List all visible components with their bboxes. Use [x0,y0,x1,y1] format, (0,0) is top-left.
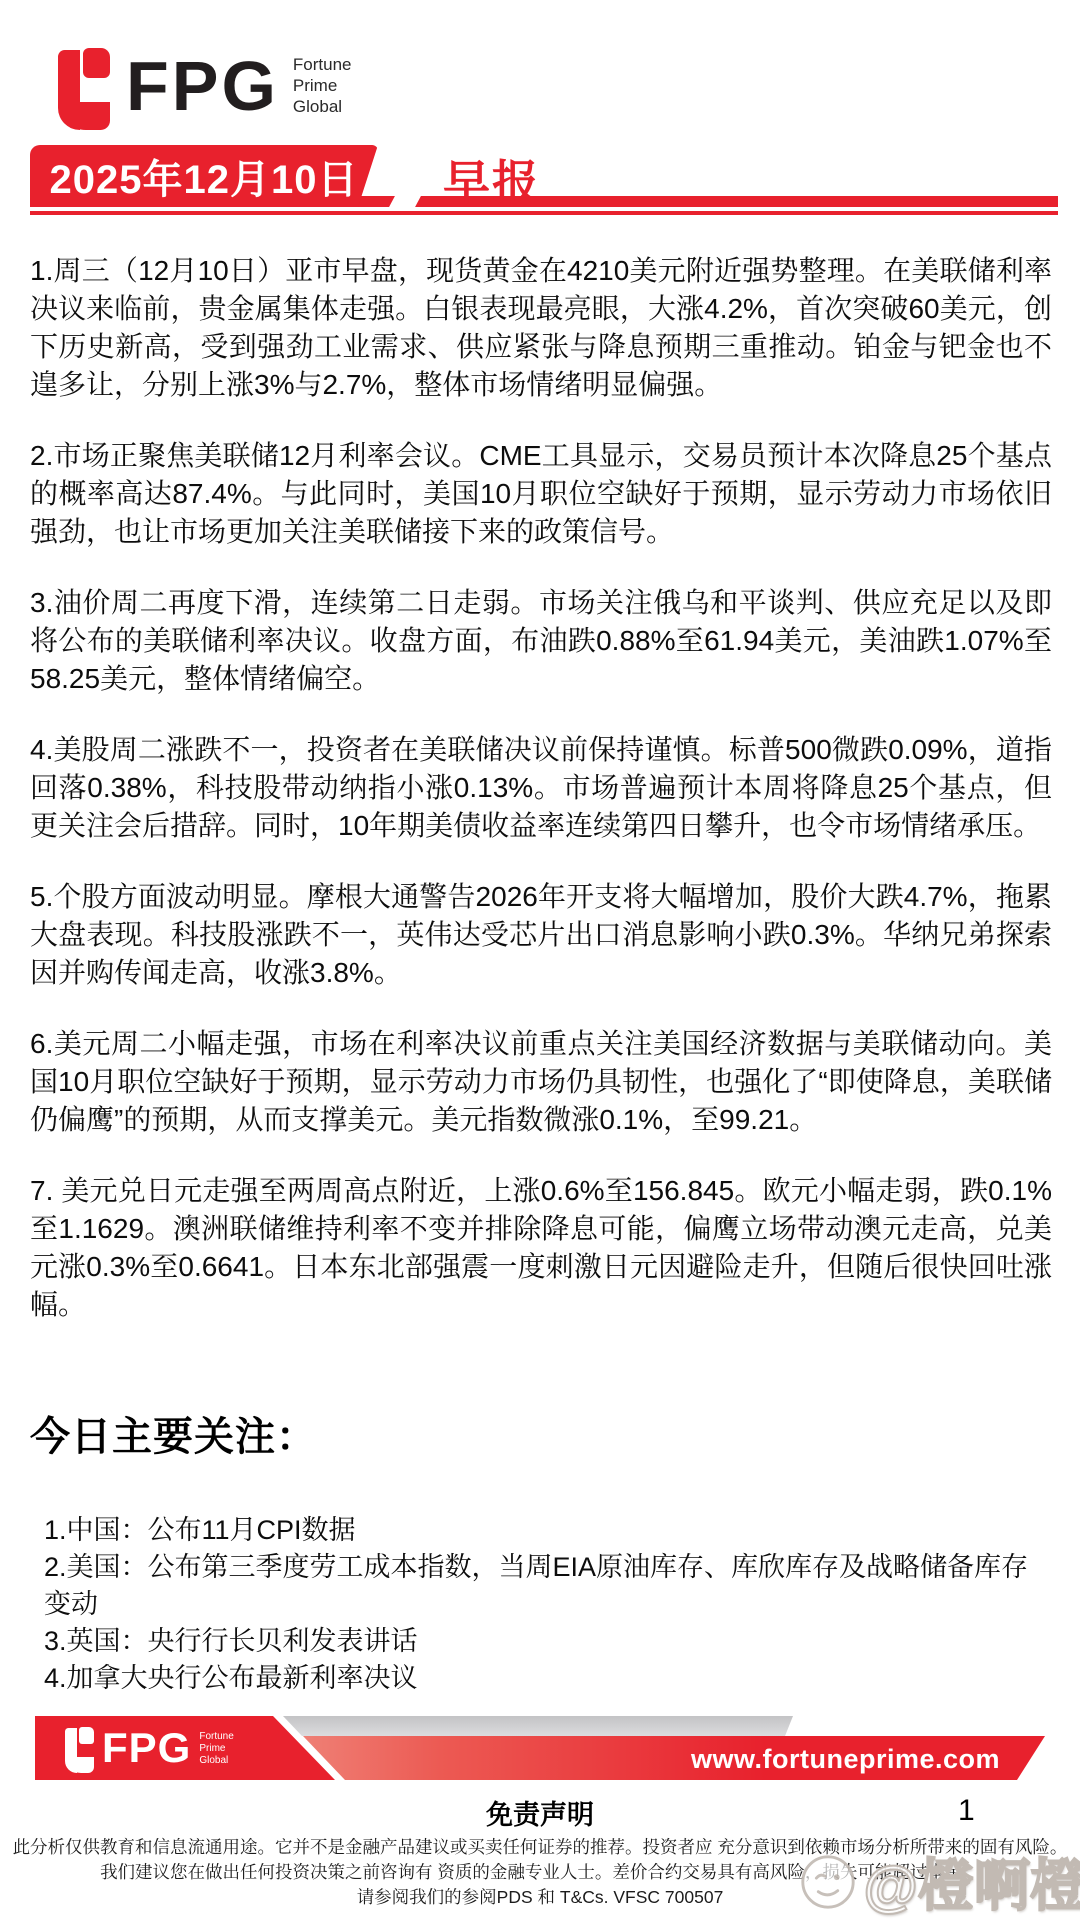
edition-label: 早报 [443,146,541,213]
morning-report-page: { "colors": { "brand_red": "#e8212d" }, … [0,0,1080,1920]
logo-acronym: FPG [126,42,279,130]
date-banner: 2025年12月10日 [30,145,378,207]
fpg-logo-icon [58,42,110,130]
website-url: www.fortuneprime.com [691,1744,1000,1775]
news-paragraph-6: 6.美元周二小幅走强，市场在利率决议前重点关注美国经济数据与美联储动向。美国10… [30,1025,1052,1139]
watermark: @橙啊橙 [797,1842,1080,1920]
logo-word: Fortune [199,1731,233,1743]
news-paragraph-4: 4.美股周二涨跌不一，投资者在美联储决议前保持谨慎。标普500微跌0.09%，道… [30,731,1052,845]
focus-heading: 今日主要关注： [30,1405,317,1462]
focus-item-2: 2.美国：公布第三季度劳工成本指数，当周EIA原油库存、库欣库存及战略储备库存变… [44,1549,1050,1623]
news-paragraph-1: 1.周三（12月10日）亚市早盘，现货黄金在4210美元附近强势整理。在美联储利… [30,252,1052,404]
focus-item-4: 4.加拿大央行公布最新利率决议 [44,1660,1050,1697]
logo-word: Global [293,96,352,117]
footer-logo: FPG Fortune Prime Global [65,1723,234,1773]
logo-word: Global [199,1755,233,1767]
focus-item-3: 3.英国：央行行长贝利发表讲话 [44,1623,1050,1660]
report-date: 2025年12月10日 [50,148,359,205]
footer-logo-words: Fortune Prime Global [199,1731,233,1767]
news-section: 1.周三（12月10日）亚市早盘，现货黄金在4210美元附近强势整理。在美联储利… [30,252,1052,1357]
news-paragraph-5: 5.个股方面波动明显。摩根大通警告2026年开支将大幅增加，股价大跌4.7%，拖… [30,878,1052,992]
fpg-logo-icon [65,1723,94,1773]
watermark-face-icon [797,1851,859,1913]
logo-word: Prime [199,1743,233,1755]
focus-item-1: 1.中国：公布11月CPI数据 [44,1512,1050,1549]
news-paragraph-7: 7. 美元兑日元走强至两周高点附近，上涨0.6%至156.845。欧元小幅走弱，… [30,1172,1052,1324]
disclaimer-title: 免责声明 [0,1793,1080,1832]
footer-banner: FPG Fortune Prime Global www.fortuneprim… [35,1716,1048,1780]
header-rule-thin [30,211,1058,215]
focus-list: 1.中国：公布11月CPI数据 2.美国：公布第三季度劳工成本指数，当周EIA原… [44,1512,1050,1697]
footer-logo-acronym: FPG [102,1723,191,1773]
news-paragraph-2: 2.市场正聚焦美联储12月利率会议。CME工具显示，交易员预计本次降息25个基点… [30,437,1052,551]
page-number: 1 [958,1794,975,1828]
header-logo: FPG Fortune Prime Global [58,42,352,130]
logo-word: Prime [293,75,352,96]
watermark-text: @橙啊橙 [863,1842,1080,1920]
news-paragraph-3: 3.油价周二再度下滑，连续第二日走弱。市场关注俄乌和平谈判、供应充足以及即将公布… [30,584,1052,698]
date-banner-row: 2025年12月10日 早报 [0,145,1080,220]
logo-word: Fortune [293,54,352,75]
logo-words: Fortune Prime Global [293,54,352,117]
